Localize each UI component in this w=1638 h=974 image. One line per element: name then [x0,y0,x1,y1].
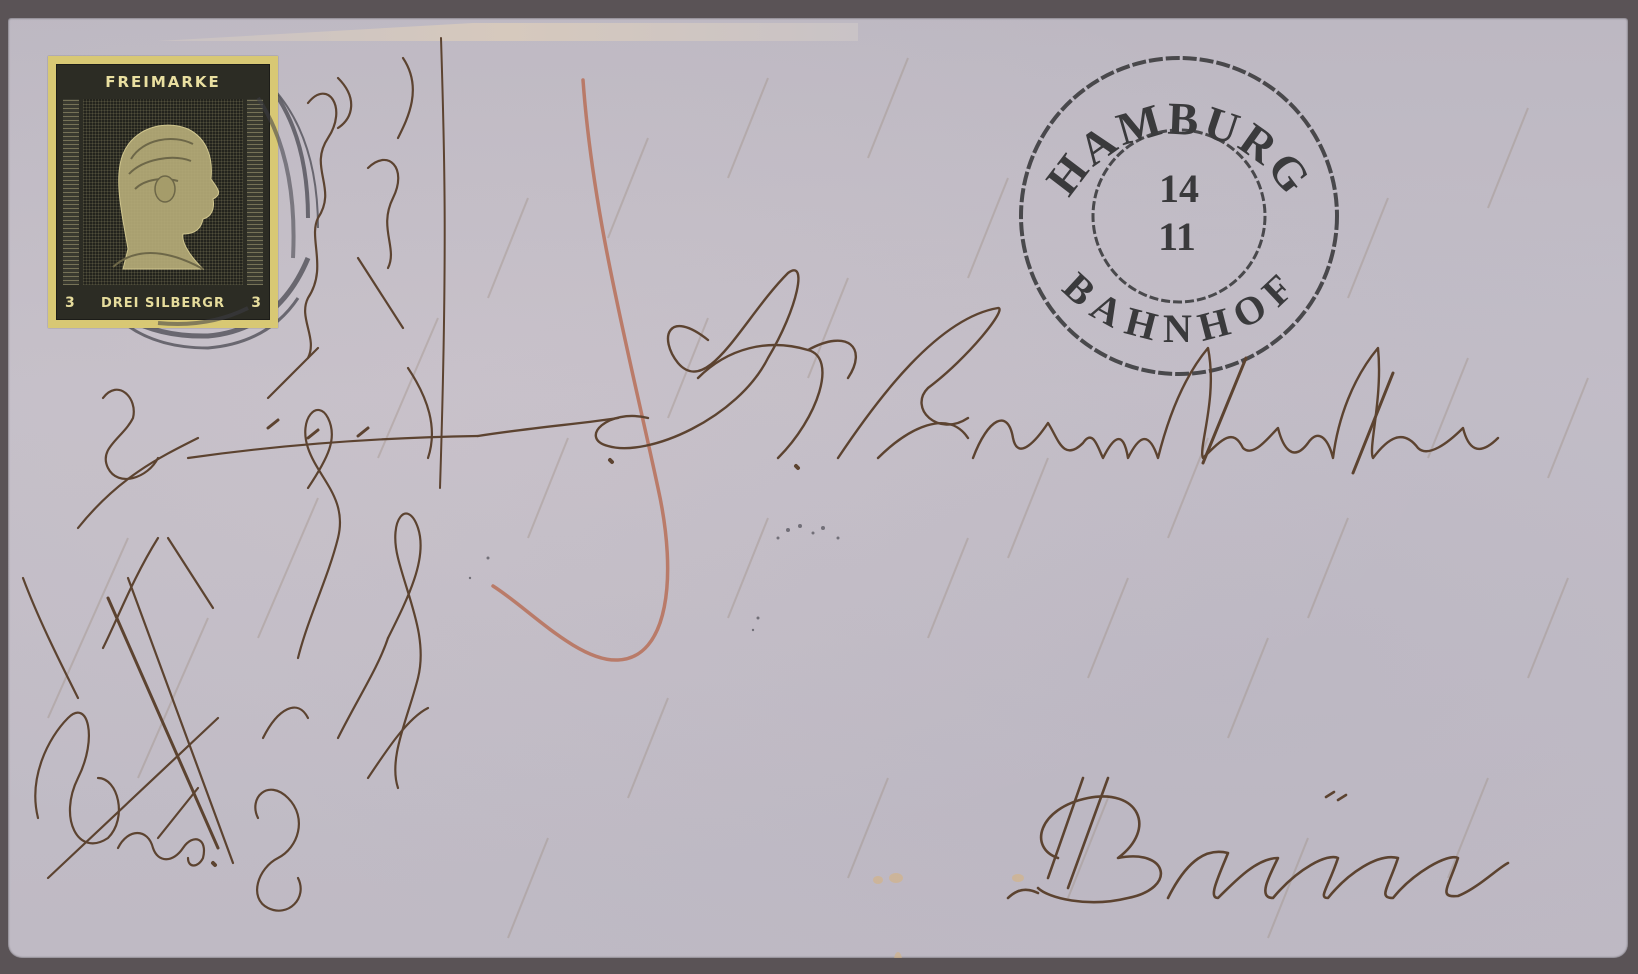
ink-specks [469,524,840,631]
hamburg-postmark: HAMBURG BAHNHOF 14 11 [1021,58,1337,374]
stamp-bottom-label: 3 DREI SILBERGR 3 [65,291,261,315]
stamp-portrait [83,99,243,285]
stamp-side-ornament-left [63,99,79,285]
king-profile-icon [83,99,245,285]
postmark-month: 11 [1158,214,1196,259]
postmark-day: 14 [1159,166,1199,211]
svg-text:HAMBURG: HAMBURG [1036,93,1322,205]
red-crayon-mark [493,80,668,660]
stamp-side-ornament-right [247,99,263,285]
address-handwriting [478,270,1498,473]
envelope-flap [158,23,858,41]
postage-stamp: FREIMARKE 3 DREI SILBERGR 3 [48,56,278,328]
svg-text:BAHNHOF: BAHNHOF [1054,263,1304,351]
scan-background: HAMBURG BAHNHOF 14 11 [0,0,1638,974]
city-handwriting [1008,778,1508,902]
stamp-top-label: FREIMARKE [87,71,239,93]
paper-stains [873,873,1024,958]
stamp-denomination: DREI SILBERGR [101,296,225,311]
address-text: S. J. W. Steinbrecher Brünn Müller Schl.… [8,18,9,19]
bleed-through-strokes [48,58,1588,938]
postmark-office: BAHNHOF [1054,263,1304,351]
envelope-cover: HAMBURG BAHNHOF 14 11 [8,18,1628,958]
stamp-frame: FREIMARKE 3 DREI SILBERGR 3 [56,64,270,320]
postmark-city: HAMBURG [1036,93,1322,205]
address-prefix: S. [8,18,9,19]
stamp-value-right: 3 [251,295,261,311]
stamp-value-left: 3 [65,295,75,311]
